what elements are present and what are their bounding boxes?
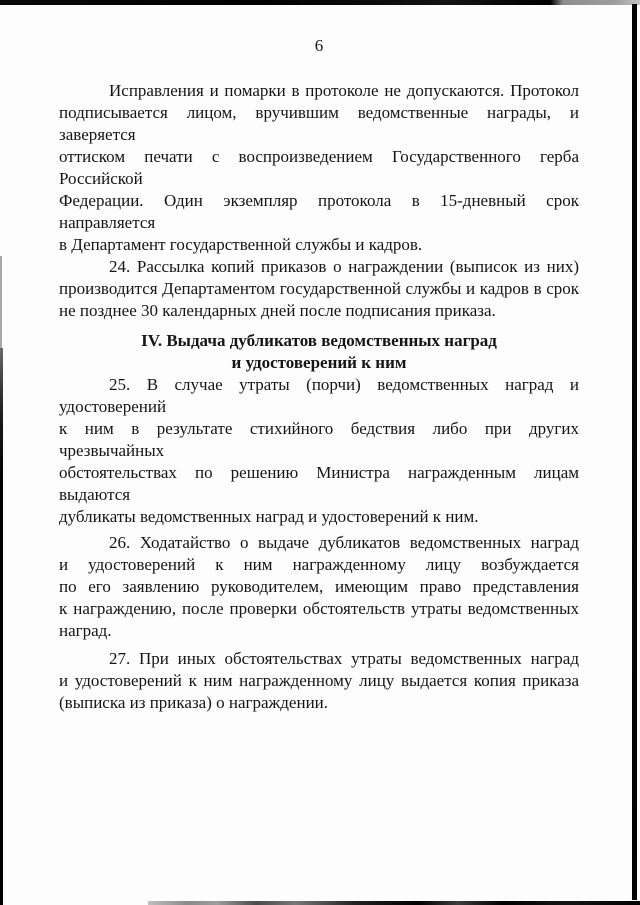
text-line: оттиском печати с воспроизведением Госуд… (59, 146, 579, 190)
text-line: производится Департаментом государственн… (59, 278, 579, 300)
scan-edge-left-dark (0, 348, 3, 905)
text-line: и удостоверений к ним (59, 352, 579, 374)
scanned-document-page: 6 Исправления и помарки в протоколе не д… (0, 0, 640, 905)
text-line: 24. Рассылка копий приказов о награждени… (59, 256, 579, 278)
text-line: 25. В случае утраты (порчи) ведомственны… (59, 374, 579, 418)
paragraph-25: 25. В случае утраты (порчи) ведомственны… (59, 374, 579, 528)
scan-edge-top (0, 0, 640, 5)
text-line: Исправления и помарки в протоколе не доп… (59, 80, 579, 102)
paragraph-23-continuation: Исправления и помарки в протоколе не доп… (59, 80, 579, 256)
text-line: наград. (59, 620, 579, 642)
text-line: и удостоверений к ним награжденному лицу… (59, 554, 579, 576)
section-heading-iv: IV. Выдача дубликатов ведомственных нагр… (59, 330, 579, 374)
scan-edge-left-gray (0, 256, 2, 350)
paragraph-27: 27. При иных обстоятельствах утраты ведо… (59, 648, 579, 714)
text-line: дубликаты ведомственных наград и удостов… (59, 506, 579, 528)
paragraph-24: 24. Рассылка копий приказов о награждени… (59, 256, 579, 322)
text-line: в Департамент государственной службы и к… (59, 234, 579, 256)
document-text: Исправления и помарки в протоколе не доп… (59, 80, 579, 714)
text-line: к ним в результате стихийного бедствия л… (59, 418, 579, 462)
text-line: 27. При иных обстоятельствах утраты ведо… (59, 648, 579, 670)
text-line: IV. Выдача дубликатов ведомственных нагр… (59, 330, 579, 352)
text-line: 26. Ходатайство о выдаче дубликатов ведо… (59, 532, 579, 554)
text-line: по его заявлению руководителем, имеющим … (59, 576, 579, 598)
text-line: Федерации. Один экземпляр протокола в 15… (59, 190, 579, 234)
paragraph-26: 26. Ходатайство о выдаче дубликатов ведо… (59, 532, 579, 642)
page-number: 6 (59, 36, 579, 56)
text-line: и удостоверений к ним награжденному лицу… (59, 670, 579, 692)
text-line: к награждению, после проверки обстоятель… (59, 598, 579, 620)
scan-edge-right (632, 4, 637, 900)
scan-edge-bottom (148, 901, 640, 905)
text-line: (выписка из приказа) о награждении. (59, 692, 579, 714)
text-line: не позднее 30 календарных дней после под… (59, 300, 579, 322)
text-line: обстоятельствах по решению Министра нагр… (59, 462, 579, 506)
text-line: подписывается лицом, вручившим ведомстве… (59, 102, 579, 146)
